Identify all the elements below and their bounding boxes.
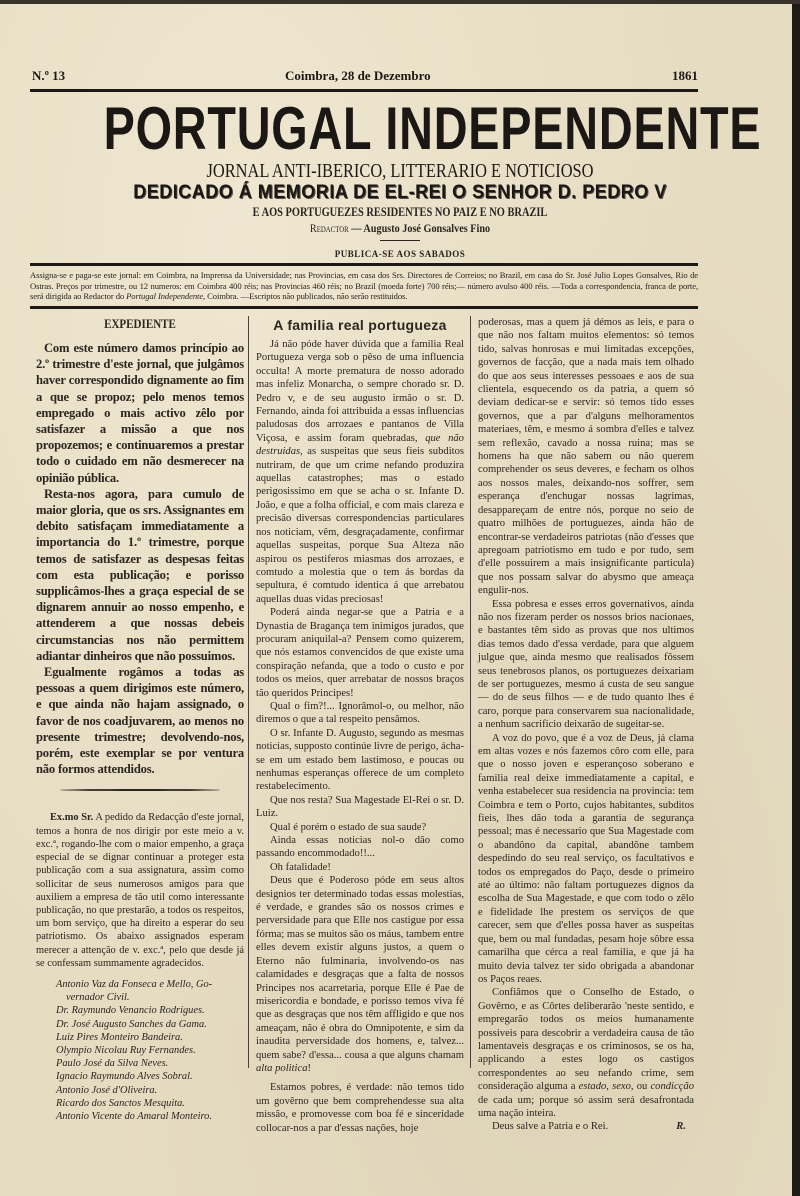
article-paragraph: Já não póde haver dúvida que a familia R… bbox=[256, 338, 464, 606]
author-signature: R. bbox=[676, 1120, 686, 1133]
signer: Antonio Vicente do Amaral Monteiro. bbox=[56, 1110, 244, 1123]
signer: Antonio José d'Oliveira. bbox=[56, 1084, 244, 1097]
article-paragraph: Qual o fim?!... Ignorâmol-o, ou melhor, … bbox=[256, 700, 464, 727]
expediente-paragraph: Com este número damos princípio ao 2.º t… bbox=[36, 340, 244, 486]
text: Já não póde haver dúvida que a familia R… bbox=[256, 339, 464, 444]
italic-text: sexo bbox=[612, 1081, 631, 1092]
article-paragraph: Que nos resta? Sua Magestade El-Rei o sr… bbox=[256, 794, 464, 821]
editor-name: — Augusto José Gonsalves Fino bbox=[351, 221, 490, 235]
article-paragraph: A voz do povo, que é a voz de Deus, já c… bbox=[478, 732, 694, 987]
masthead: PORTUGAL INDEPENDENTE JORNAL ANTI-IBERIC… bbox=[20, 96, 780, 259]
article-paragraph: Essa pobresa e esses erros governativos,… bbox=[478, 598, 694, 732]
expediente-heading: EXPEDIENTE bbox=[52, 316, 229, 332]
publication-divider bbox=[380, 240, 420, 241]
subscription-text-end: , Coimbra. —Escriptos não publicados, nã… bbox=[203, 291, 407, 301]
text: Confiâmos que o Conselho de Estado, o Go… bbox=[478, 987, 694, 1092]
letter-body: A pedido da Redacção d'este jornal, temo… bbox=[36, 812, 244, 968]
column-article-part1: A familia real portugueza Já não póde ha… bbox=[256, 316, 464, 1135]
text: Deus que é Poderoso póde em seus altos d… bbox=[256, 875, 464, 1060]
editor-line: Redactor — Augusto José Gonsalves Fino bbox=[77, 220, 723, 236]
page-edge-shadow bbox=[792, 0, 800, 1196]
article-paragraph: poderosas, mas a quem já démos as leis, … bbox=[478, 316, 694, 598]
residents-line: E AOS PORTUGUEZES RESIDENTES NO PAIZ E N… bbox=[96, 204, 704, 220]
closing-text: Deus salve a Patria e o Rei. bbox=[492, 1120, 608, 1133]
article-paragraph: Estamos pobres, é verdade: não temos tid… bbox=[256, 1081, 464, 1135]
column-divider-1 bbox=[248, 316, 249, 1068]
newspaper-subtitle: JORNAL ANTI-IBERICO, LITTERARIO E NOTICI… bbox=[88, 160, 711, 182]
text: de cada um; porque só assim será desafro… bbox=[478, 1095, 694, 1119]
issue-meta-row: N.º 13 Coimbra, 28 de Dezembro 1861 bbox=[30, 68, 698, 88]
masthead-bottom-rule bbox=[30, 263, 698, 266]
signer: Ricardo dos Sanctos Mesquita. bbox=[56, 1097, 244, 1110]
editor-label: Redactor bbox=[310, 221, 349, 235]
article-paragraph: Deus que é Poderoso póde em seus altos d… bbox=[256, 874, 464, 1075]
signer: Ignacio Raymundo Alves Sobral. bbox=[56, 1070, 244, 1083]
signer: Antonio Vaz da Fonseca e Mello, Go- bbox=[56, 978, 244, 991]
place-date: Coimbra, 28 de Dezembro bbox=[285, 68, 431, 84]
italic-text: estado bbox=[579, 1081, 607, 1092]
article-heading: A familia real portugueza bbox=[256, 316, 464, 334]
dedication-line: DEDICADO Á MEMORIA DE EL-REI O SENHOR D.… bbox=[39, 182, 761, 204]
article-paragraph: Poderá ainda negar-se que a Patria e a D… bbox=[256, 606, 464, 700]
article-paragraph: Qual é porém o estado de sua saude? bbox=[256, 821, 464, 834]
year: 1861 bbox=[672, 68, 698, 84]
issue-number: N.º 13 bbox=[32, 68, 65, 84]
expediente-paragraph: Resta-nos agora, para cumulo de maior gl… bbox=[36, 486, 244, 664]
signer: Dr. Raymundo Venancio Rodrigues. bbox=[56, 1004, 244, 1017]
newspaper-title: PORTUGAL INDEPENDENTE bbox=[104, 96, 697, 162]
text: , as suspeitas que seus fieis subditos n… bbox=[256, 446, 464, 604]
signer-continuation: vernador Civil. bbox=[56, 991, 244, 1004]
top-border bbox=[0, 0, 800, 4]
article-paragraph: Oh fatalidade! bbox=[256, 861, 464, 874]
expediente-body: Com este número damos princípio ao 2.º t… bbox=[36, 340, 244, 777]
circular-letter: Ex.mo Sr. A pedido da Redacção d'este jo… bbox=[36, 811, 244, 969]
signer: Dr. José Augusto Sanches da Gama. bbox=[56, 1018, 244, 1031]
letter-salutation: Ex.mo Sr. bbox=[50, 812, 93, 823]
section-separator bbox=[60, 789, 220, 791]
italic-text: condicção bbox=[650, 1081, 694, 1092]
notice-bottom-rule bbox=[30, 306, 698, 309]
article-paragraph: O sr. Infante D. Augusto, segundo as mes… bbox=[256, 727, 464, 794]
article-paragraph: Confiâmos que o Conselho de Estado, o Go… bbox=[478, 986, 694, 1120]
closing-line: Deus salve a Patria e o Rei. R. bbox=[478, 1120, 694, 1133]
column-article-part2: poderosas, mas a quem já démos as leis, … bbox=[478, 316, 694, 1134]
subscription-notice: Assigna-se e paga-se este jornal: em Coi… bbox=[30, 270, 698, 302]
signer: Olympio Nicolau Ruy Fernandes. bbox=[56, 1044, 244, 1057]
text: , ou bbox=[631, 1081, 651, 1092]
publication-day: PUBLICA-SE AOS SABADOS bbox=[20, 249, 780, 259]
text: ! bbox=[308, 1063, 312, 1074]
header-rule bbox=[30, 89, 698, 92]
paper-name-italic: Portugal Independente bbox=[126, 291, 203, 301]
column-expediente: EXPEDIENTE Com este número damos princíp… bbox=[36, 316, 244, 1123]
italic-text: alta politica bbox=[256, 1063, 308, 1074]
signer: Luiz Pires Monteiro Bandeira. bbox=[56, 1031, 244, 1044]
signers-list: Antonio Vaz da Fonseca e Mello, Go- vern… bbox=[56, 978, 244, 1123]
column-divider-2 bbox=[470, 316, 471, 1068]
article-paragraph: Ainda essas noticias nol-o dão como pass… bbox=[256, 834, 464, 861]
expediente-paragraph: Egualmente rogâmos a todas as pessoas a … bbox=[36, 664, 244, 777]
signer: Paulo José da Silva Neves. bbox=[56, 1057, 244, 1070]
